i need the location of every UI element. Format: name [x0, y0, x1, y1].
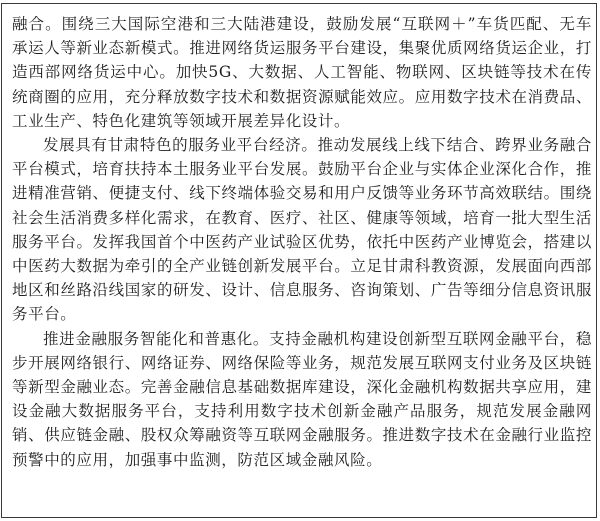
paragraph-service-platform: 发展具有甘肃特色的服务业平台经济。推动发展线上线下结合、跨界业务融合平台模式，培… [12, 133, 592, 327]
document-frame: 融合。围绕三大国际空港和三大陆港建设，鼓励发展“互联网＋”车货匹配、无车承运人等… [1, 3, 597, 518]
document-body: 融合。围绕三大国际空港和三大陆港建设，鼓励发展“互联网＋”车货匹配、无车承运人等… [12, 12, 592, 472]
paragraph-finance: 推进金融服务智能化和普惠化。支持金融机构建设创新型互联网金融平台，稳步开展网络银… [12, 327, 592, 472]
paragraph-logistics: 融合。围绕三大国际空港和三大陆港建设，鼓励发展“互联网＋”车货匹配、无车承运人等… [12, 12, 592, 133]
